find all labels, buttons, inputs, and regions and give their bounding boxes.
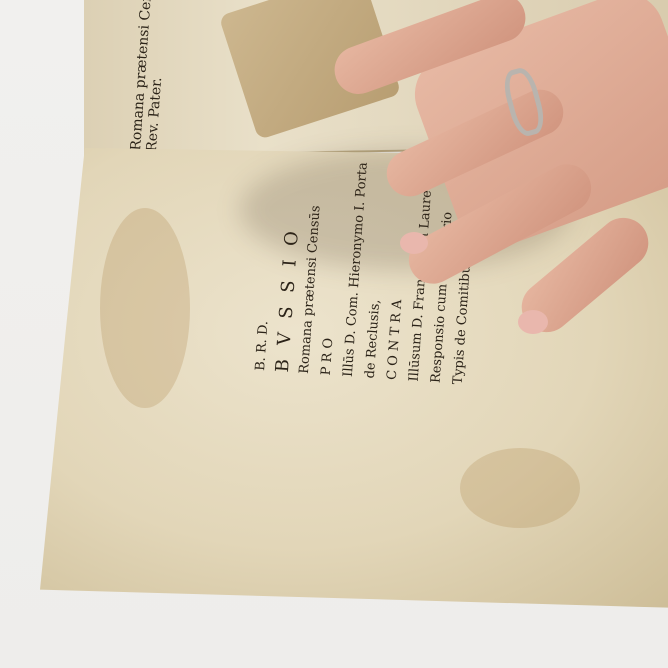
fingernail bbox=[518, 310, 548, 334]
fingernail bbox=[400, 232, 428, 254]
foxing-stain bbox=[460, 448, 580, 528]
foxing-stain bbox=[100, 208, 190, 408]
photograph: Romana prætensi Censūs Rev. Pater. B. R.… bbox=[0, 0, 668, 668]
